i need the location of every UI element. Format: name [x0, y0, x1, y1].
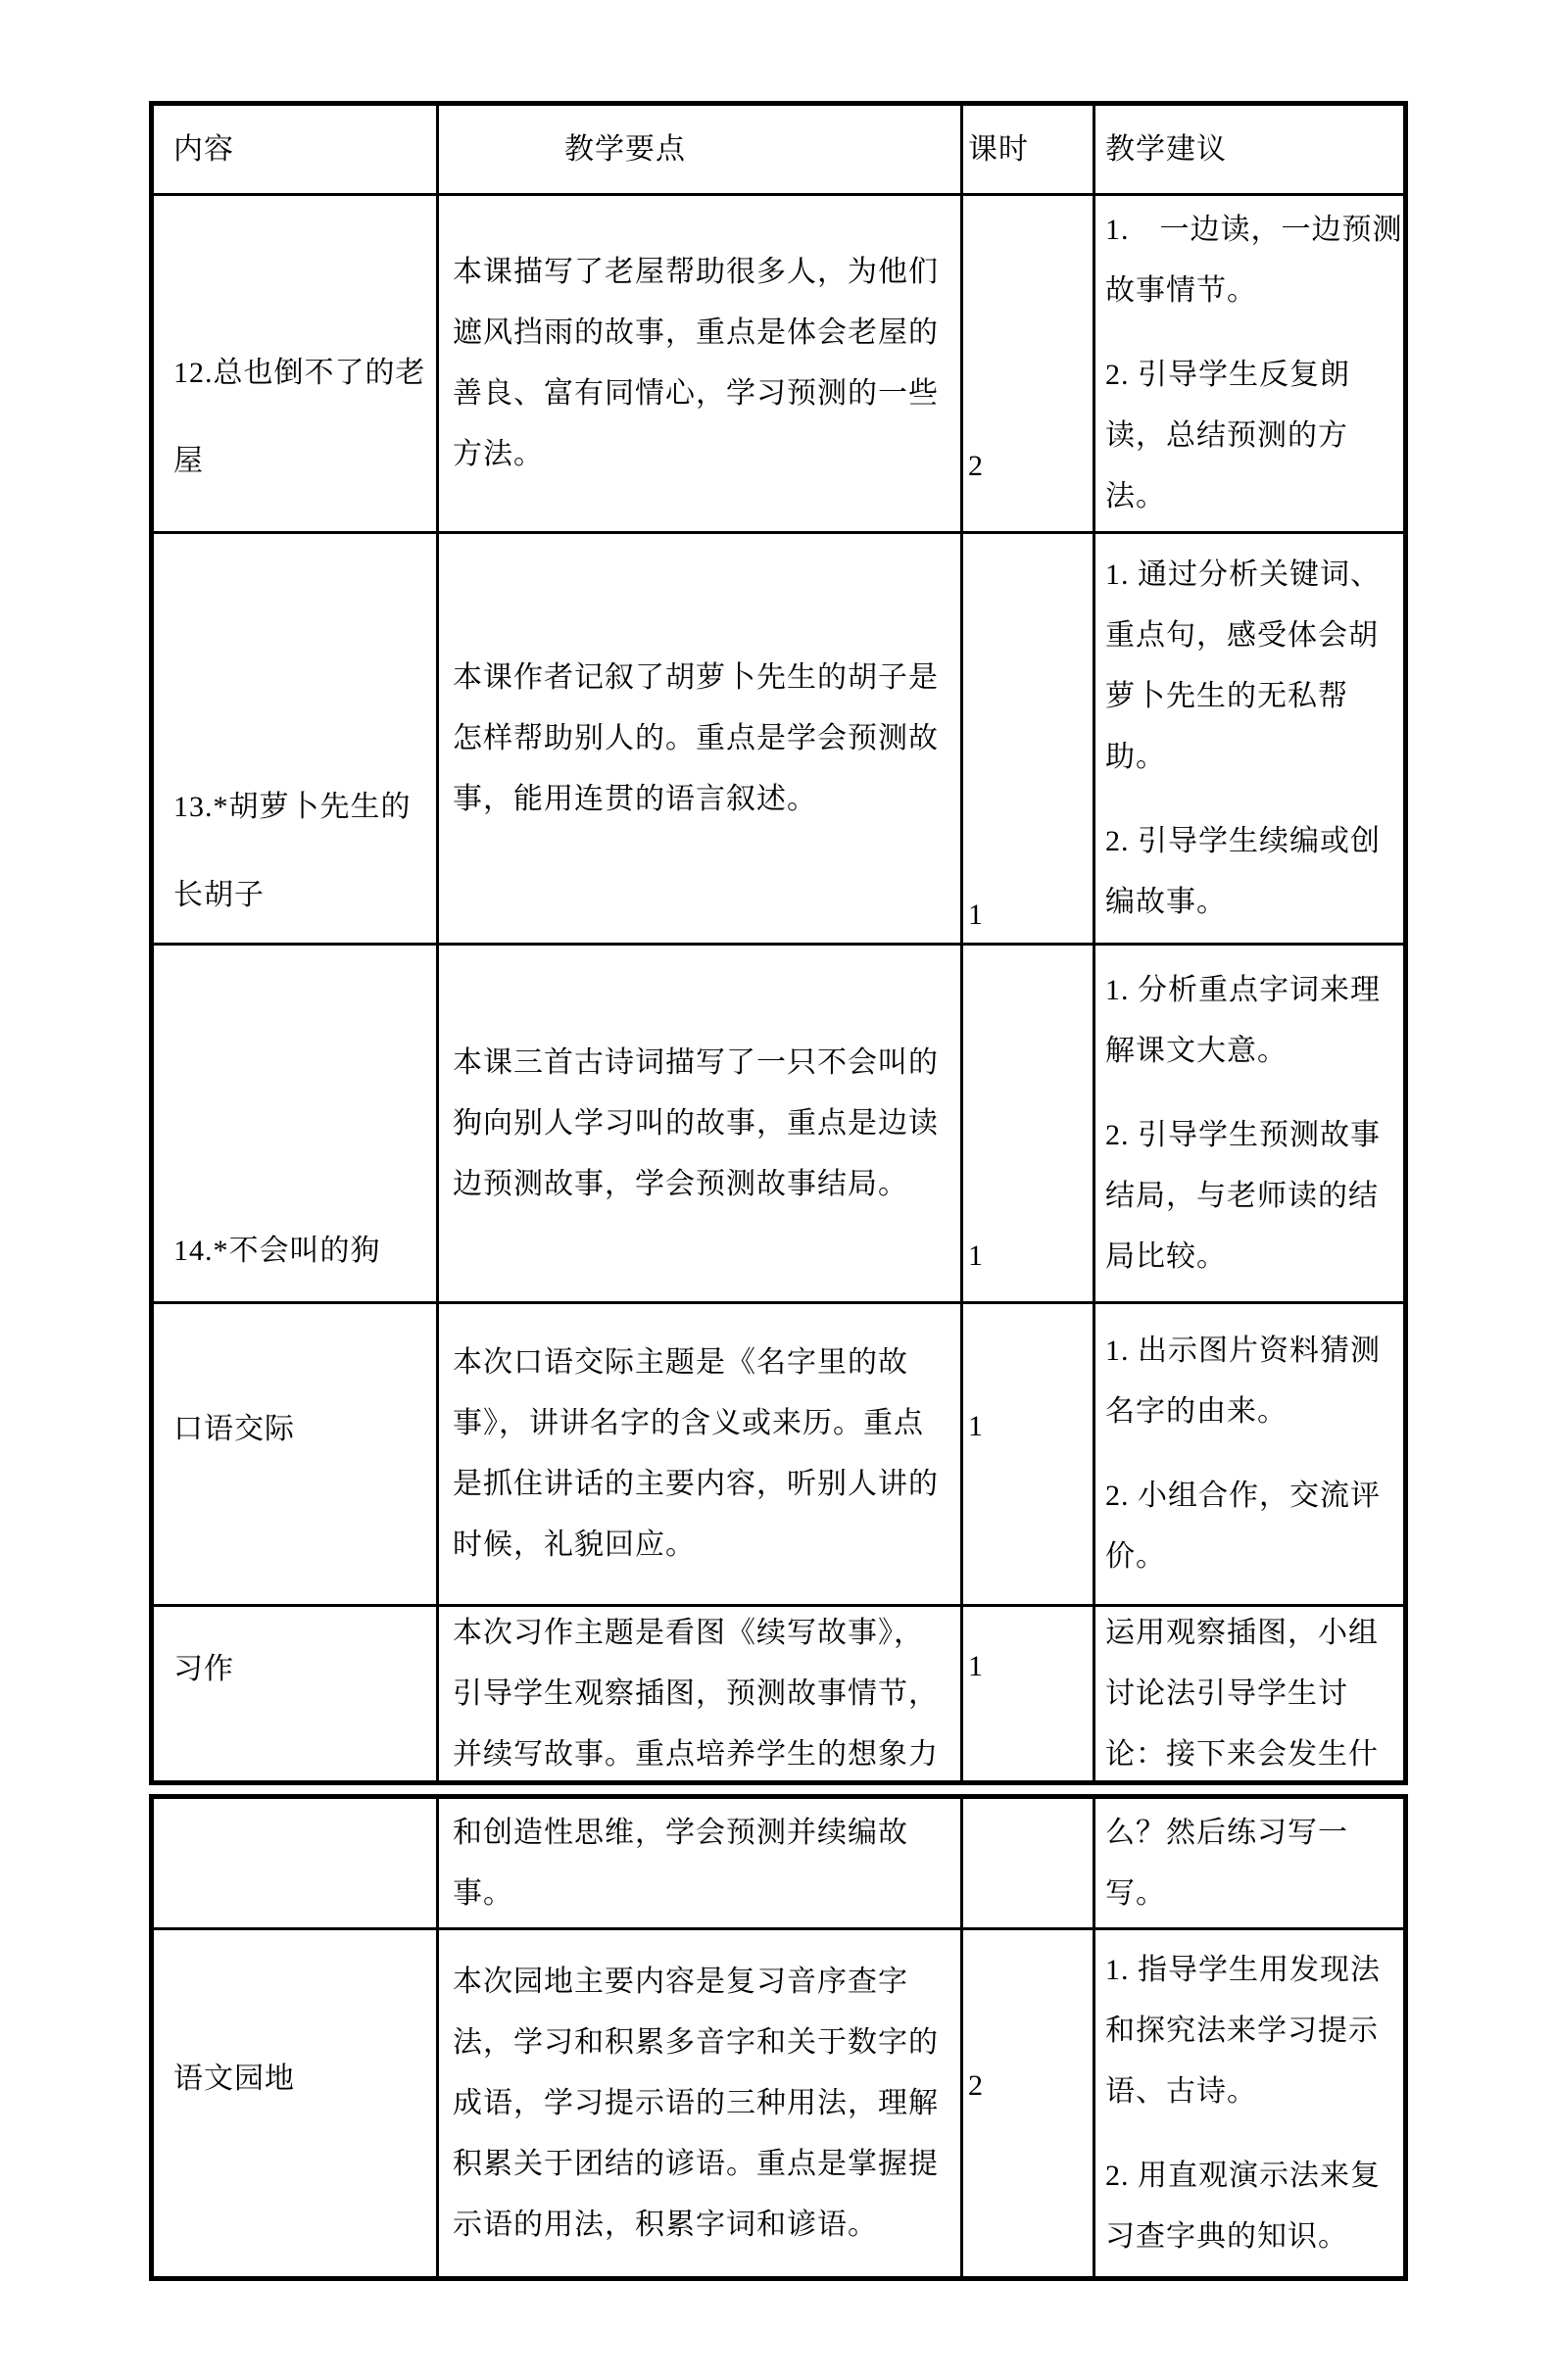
hours-value: 2	[968, 436, 1091, 497]
lesson-plan-table-part-2: 和创造性思维，学会预测并续编故事。 么？然后练习写一写。 语文园地 本次园地主要…	[149, 1794, 1408, 2281]
header-points: 教学要点	[439, 106, 963, 196]
row-5-continuation-hours	[963, 1799, 1095, 1930]
row-2-suggestions: 1. 通过分析关键词、重点句，感受体会胡萝卜先生的无私帮助。 2. 引导学生续编…	[1095, 534, 1403, 946]
row-3-hours: 1	[963, 946, 1095, 1304]
suggestion-item: 1. 出示图片资料猜测名字的由来。	[1105, 1321, 1403, 1442]
row-1-hours: 2	[963, 196, 1095, 534]
row-6-points: 本次园地主要内容是复习音序查字法，学习和积累多音字和关于数字的成语，学习提示语的…	[439, 1930, 963, 2276]
lesson-plan-table-part-1: 内容 教学要点 课时 教学建议 12.总也倒不了的老屋 本课描写了老屋帮助很多人…	[149, 101, 1408, 1785]
suggestion-item: 1. 指导学生用发现法和探究法来学习提示语、古诗。	[1105, 1940, 1403, 2122]
points-text: 本次园地主要内容是复习音序查字法，学习和积累多音字和关于数字的成语，学习提示语的…	[453, 1952, 941, 2256]
lesson-title: 口语交际	[173, 1385, 432, 1474]
points-text: 本次口语交际主题是《名字里的故事》，讲讲名字的含义或来历。重点是抓住讲话的主要内…	[453, 1333, 941, 1576]
hours-value: 2	[968, 2056, 1091, 2116]
suggestion-item: 2. 引导学生预测故事结局，与老师读的结局比较。	[1105, 1105, 1403, 1287]
points-text: 本课描写了老屋帮助很多人，为他们遮风挡雨的故事，重点是体会老屋的善良、富有同情心…	[453, 242, 941, 485]
row-4-points: 本次口语交际主题是《名字里的故事》，讲讲名字的含义或来历。重点是抓住讲话的主要内…	[439, 1304, 963, 1607]
hours-value: 1	[968, 1226, 1091, 1287]
header-content: 内容	[154, 106, 439, 196]
lesson-title: 14.*不会叫的狗	[173, 1207, 432, 1295]
row-6-hours: 2	[963, 1930, 1095, 2276]
lesson-title: 13.*胡萝卜先生的长胡子	[173, 763, 432, 940]
row-5-content: 习作	[154, 1607, 439, 1780]
header-suggestions: 教学建议	[1095, 106, 1403, 196]
hours-value: 1	[968, 1636, 1091, 1697]
row-4-suggestions: 1. 出示图片资料猜测名字的由来。 2. 小组合作，交流评价。	[1095, 1304, 1403, 1607]
row-3-points: 本课三首古诗词描写了一只不会叫的狗向别人学习叫的故事，重点是边读边预测故事，学会…	[439, 946, 963, 1304]
suggestion-item: 1. 分析重点字词来理解课文大意。	[1105, 960, 1403, 1082]
suggestion-item: 2. 小组合作，交流评价。	[1105, 1466, 1403, 1587]
row-3-content: 14.*不会叫的狗	[154, 946, 439, 1304]
row-4-content: 口语交际	[154, 1304, 439, 1607]
row-6-content: 语文园地	[154, 1930, 439, 2276]
points-text: 和创造性思维，学会预测并续编故事。	[453, 1803, 941, 1924]
row-1-suggestions: 1. 一边读，一边预测故事情节。 2. 引导学生反复朗读，总结预测的方法。	[1095, 196, 1403, 534]
row-5-hours: 1	[963, 1607, 1095, 1780]
row-3-suggestions: 1. 分析重点字词来理解课文大意。 2. 引导学生预测故事结局，与老师读的结局比…	[1095, 946, 1403, 1304]
suggestion-item: 运用观察插图，小组讨论法引导学生讨论：接下来会发生什	[1105, 1607, 1403, 1780]
suggestion-item: 么？然后练习写一写。	[1105, 1803, 1403, 1924]
row-1-content: 12.总也倒不了的老屋	[154, 196, 439, 534]
row-5-suggestions: 运用观察插图，小组讨论法引导学生讨论：接下来会发生什	[1095, 1607, 1403, 1780]
row-6-suggestions: 1. 指导学生用发现法和探究法来学习提示语、古诗。 2. 用直观演示法来复习查字…	[1095, 1930, 1403, 2276]
suggestion-item: 1. 一边读，一边预测故事情节。	[1105, 200, 1403, 321]
suggestion-item: 2. 引导学生续编或创编故事。	[1105, 811, 1403, 933]
row-2-points: 本课作者记叙了胡萝卜先生的胡子是怎样帮助别人的。重点是学会预测故事，能用连贯的语…	[439, 534, 963, 946]
row-2-content: 13.*胡萝卜先生的长胡子	[154, 534, 439, 946]
hours-value: 1	[968, 1396, 1091, 1457]
row-5-points: 本次习作主题是看图《续写故事》，引导学生观察插图，预测故事情节，并续写故事。重点…	[439, 1607, 963, 1780]
row-4-hours: 1	[963, 1304, 1095, 1607]
row-5-continuation-suggestions: 么？然后练习写一写。	[1095, 1799, 1403, 1930]
points-text: 本课作者记叙了胡萝卜先生的胡子是怎样帮助别人的。重点是学会预测故事，能用连贯的语…	[453, 648, 941, 830]
lesson-title: 习作	[173, 1626, 432, 1714]
row-5-continuation-content	[154, 1799, 439, 1930]
lesson-title: 语文园地	[173, 2035, 432, 2123]
hours-value: 1	[968, 885, 1091, 946]
header-hours: 课时	[963, 106, 1095, 196]
suggestion-item: 2. 引导学生反复朗读，总结预测的方法。	[1105, 345, 1403, 527]
row-2-hours: 1	[963, 534, 1095, 946]
document-page: 内容 教学要点 课时 教学建议 12.总也倒不了的老屋 本课描写了老屋帮助很多人…	[0, 0, 1556, 2380]
points-text: 本课三首古诗词描写了一只不会叫的狗向别人学习叫的故事，重点是边读边预测故事，学会…	[453, 1033, 941, 1215]
row-5-continuation-points: 和创造性思维，学会预测并续编故事。	[439, 1799, 963, 1930]
lesson-title: 12.总也倒不了的老屋	[173, 329, 432, 506]
row-1-points: 本课描写了老屋帮助很多人，为他们遮风挡雨的故事，重点是体会老屋的善良、富有同情心…	[439, 196, 963, 534]
suggestion-item: 1. 通过分析关键词、重点句，感受体会胡萝卜先生的无私帮助。	[1105, 545, 1403, 788]
suggestion-item: 2. 用直观演示法来复习查字典的知识。	[1105, 2146, 1403, 2267]
points-text: 本次习作主题是看图《续写故事》，引导学生观察插图，预测故事情节，并续写故事。重点…	[453, 1607, 941, 1780]
